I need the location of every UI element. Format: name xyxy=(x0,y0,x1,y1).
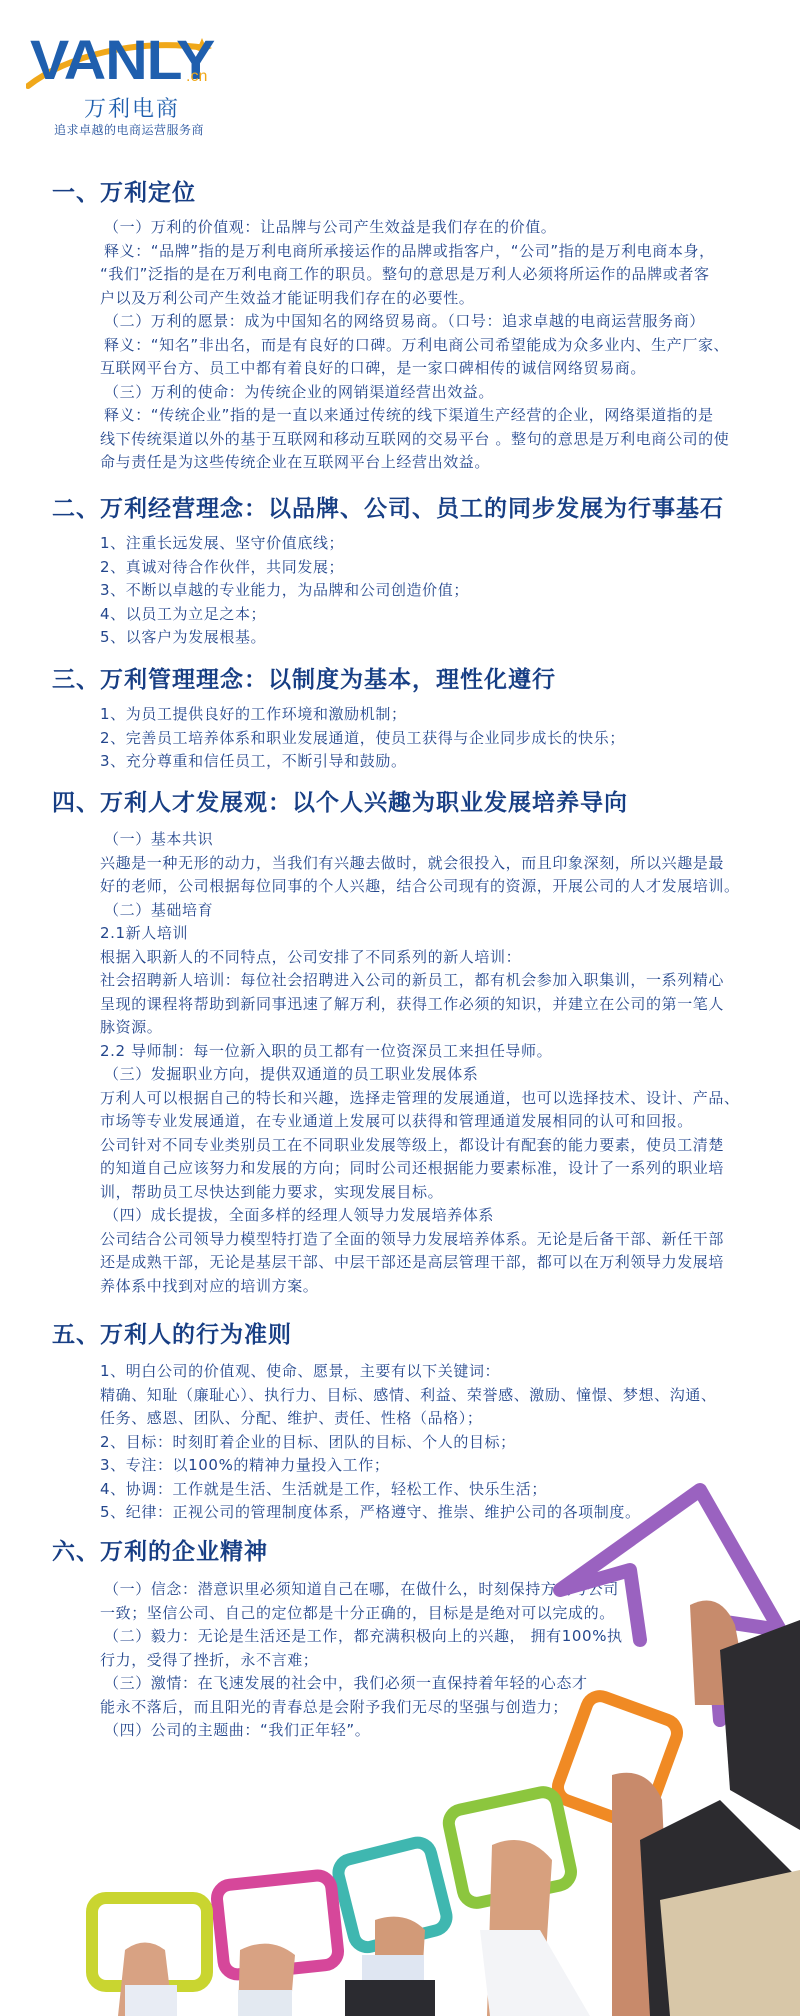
paragraph-line: 市场等专业发展通道，在专业通道上发展可以获得和管理通道发展相同的认可和回报。 xyxy=(100,1110,748,1134)
paragraph-line: （一）万利的价值观：让品牌与公司产生效益是我们存在的价值。 xyxy=(100,216,748,240)
paragraph-line: 释义：“传统企业”指的是一直以来通过传统的线下渠道生产经营的企业，网络渠道指的是 xyxy=(100,404,748,428)
paragraph-line: 线下传统渠道以外的基于互联网和移动互联网的交易平台 。整句的意思是万利电商公司的… xyxy=(100,428,748,452)
paragraph-line: （三）万利的使命：为传统企业的网销渠道经营出效益。 xyxy=(100,381,748,405)
list-item: 3、充分尊重和信任员工，不断引导和鼓励。 xyxy=(100,750,748,774)
paragraph-line: 2.1新人培训 xyxy=(100,922,748,946)
list-item: 1、明白公司的价值观、使命、愿景，主要有以下关键词： xyxy=(100,1360,748,1384)
paragraph-line: 2.2 导师制：每一位新入职的员工都有一位资深员工来担任导师。 xyxy=(100,1040,748,1064)
paragraph-line: 公司针对不同专业类别员工在不同职业发展等级上，都设计有配套的能力要素，使员工清楚 xyxy=(100,1134,748,1158)
paragraph-line: 命与责任是为这些传统企业在互联网平台上经营出效益。 xyxy=(100,451,748,475)
paragraph-line: 社会招聘新人培训：每位社会招聘进入公司的新员工，都有机会参加入职集训，一系列精心 xyxy=(100,969,748,993)
paragraph-line: （二）万利的愿景：成为中国知名的网络贸易商。（口号：追求卓越的电商运营服务商） xyxy=(100,310,748,334)
paragraph-line: （四）成长提拔，全面多样的经理人领导力发展培养体系 xyxy=(100,1204,748,1228)
logo-tagline: 追求卓越的电商运营服务商 xyxy=(54,121,204,138)
section-body: （一）万利的价值观：让品牌与公司产生效益是我们存在的价值。 释义：“品牌”指的是… xyxy=(100,216,748,475)
paragraph-line: 户以及万利公司产生效益才能证明我们存在的必要性。 xyxy=(100,287,748,311)
paragraph-line: 任务、感恩、团队、分配、维护、责任、性格（品格）； xyxy=(100,1407,748,1431)
paragraph-line: 训，帮助员工尽快达到能力要求，实现发展目标。 xyxy=(100,1181,748,1205)
section-body: 1、注重长远发展、坚守价值底线； 2、真诚对待合作伙伴，共同发展； 3、不断以卓… xyxy=(100,532,748,650)
company-logo: VANLY .cn 万利电商 追求卓越的电商运营服务商 xyxy=(26,28,236,140)
paragraph-line: 互联网平台方、员工中都有着良好的口碑，是一家口碑相传的诚信网络贸易商。 xyxy=(100,357,748,381)
paragraph-line: 还是成熟干部，无论是基层干部、中层干部还是高层管理干部，都可以在万利领导力发展培 xyxy=(100,1251,748,1275)
section-title: 二、万利经营理念：以品牌、公司、员工的同步发展为行事基石 xyxy=(52,494,724,524)
paragraph-line: 呈现的课程将帮助到新同事迅速了解万利，获得工作必须的知识，并建立在公司的第一笔人 xyxy=(100,993,748,1017)
section-body: 1、为员工提供良好的工作环境和激励机制； 2、完善员工培养体系和职业发展通道，使… xyxy=(100,703,748,774)
paragraph-line: 的知道自己应该努力和发展的方向；同时公司还根据能力要素标准，设计了一系列的职业培 xyxy=(100,1157,748,1181)
list-item: 2、真诚对待合作伙伴，共同发展； xyxy=(100,556,748,580)
paragraph-line: 兴趣是一种无形的动力，当我们有兴趣去做时，就会很投入，而且印象深刻，所以兴趣是最 xyxy=(100,852,748,876)
paragraph-line: 万利人可以根据自己的特长和兴趣，选择走管理的发展通道，也可以选择技术、设计、产品… xyxy=(100,1087,748,1111)
paragraph-line: 好的老师，公司根据每位同事的个人兴趣，结合公司现有的资源，开展公司的人才发展培训… xyxy=(100,875,748,899)
paragraph-line: 精确、知耻（廉耻心）、执行力、目标、感情、利益、荣誉感、激励、憧憬、梦想、沟通、 xyxy=(100,1384,748,1408)
paragraph-line: 释义：“品牌”指的是万利电商所承接运作的品牌或指客户，“公司”指的是万利电商本身… xyxy=(100,240,748,264)
section-title: 三、万利管理理念：以制度为基本，理性化遵行 xyxy=(52,665,556,695)
section-body: （一）基本共识 兴趣是一种无形的动力，当我们有兴趣去做时，就会很投入，而且印象深… xyxy=(100,828,748,1298)
paragraph-line: （三）发掘职业方向，提供双通道的员工职业发展体系 xyxy=(100,1063,748,1087)
list-item: 1、注重长远发展、坚守价值底线； xyxy=(100,532,748,556)
paragraph-line: 释义：“知名”非出名，而是有良好的口碑。万利电商公司希望能成为众多业内、生产厂家… xyxy=(100,334,748,358)
section-title: 四、万利人才发展观：以个人兴趣为职业发展培养导向 xyxy=(52,788,628,818)
list-item: 3、专注：以100%的精神力量投入工作； xyxy=(100,1454,748,1478)
paragraph-line: （一）基本共识 xyxy=(100,828,748,852)
paragraph-line: “我们”泛指的是在万利电商工作的职员。整句的意思是万利人必须将所运作的品牌或者客 xyxy=(100,263,748,287)
list-item: 5、以客户为发展根基。 xyxy=(100,626,748,650)
paragraph-line: 脉资源。 xyxy=(100,1016,748,1040)
logo-domain-suffix: .cn xyxy=(186,68,207,86)
list-item: 3、不断以卓越的专业能力，为品牌和公司创造价值； xyxy=(100,579,748,603)
paragraph-line: 养体系中找到对应的培训方案。 xyxy=(100,1275,748,1299)
section-title: 一、万利定位 xyxy=(52,178,196,208)
list-item: 1、为员工提供良好的工作环境和激励机制； xyxy=(100,703,748,727)
paragraph-line: 公司结合公司领导力模型特打造了全面的领导力发展培养体系。无论是后备干部、新任干部 xyxy=(100,1228,748,1252)
logo-company-name: 万利电商 xyxy=(84,92,180,123)
hands-rope-arrow-illustration xyxy=(0,1480,800,2016)
list-item: 2、完善员工培养体系和职业发展通道，使员工获得与企业同步成长的快乐； xyxy=(100,727,748,751)
section-title: 五、万利人的行为准则 xyxy=(52,1320,292,1350)
paragraph-line: 根据入职新人的不同特点，公司安排了不同系列的新人培训： xyxy=(100,946,748,970)
list-item: 4、以员工为立足之本； xyxy=(100,603,748,627)
list-item: 2、目标：时刻盯着企业的目标、团队的目标、个人的目标； xyxy=(100,1431,748,1455)
paragraph-line: （二）基础培育 xyxy=(100,899,748,923)
